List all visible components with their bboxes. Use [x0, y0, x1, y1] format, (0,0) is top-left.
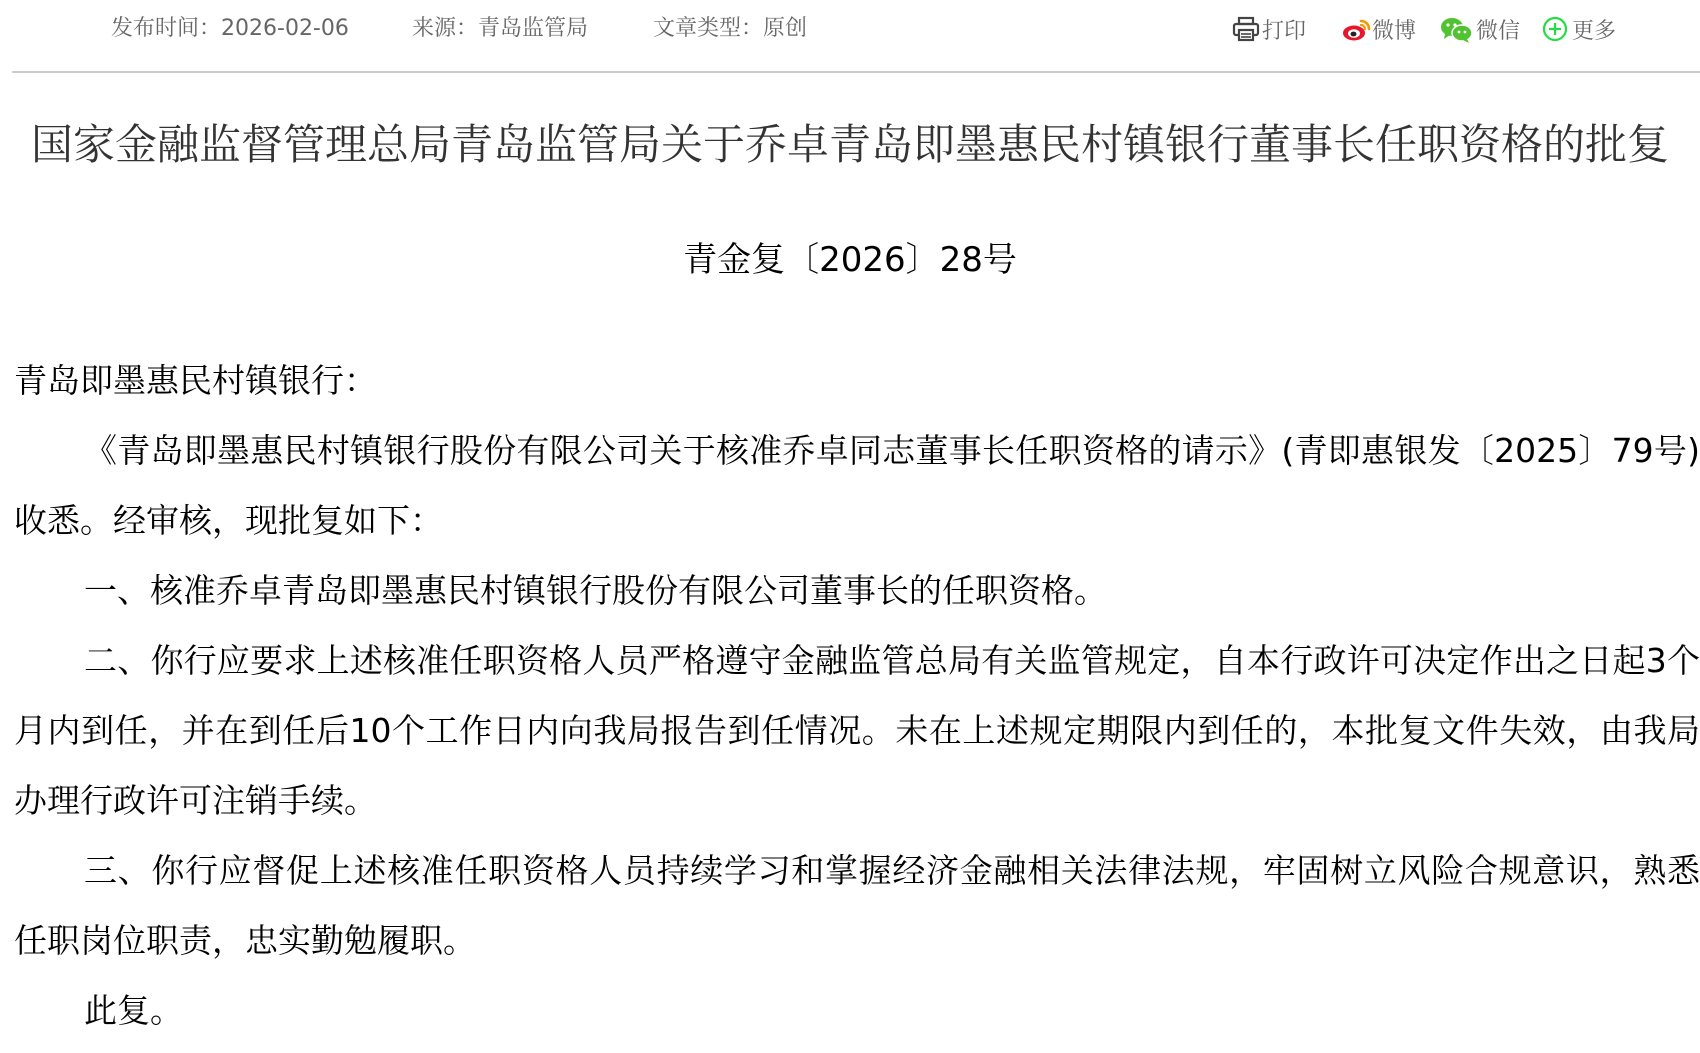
- type-value: 原创: [763, 16, 807, 41]
- publish-date: 发布时间：2026-02-06: [111, 14, 349, 44]
- wechat-share-button[interactable]: 微信: [1440, 14, 1520, 44]
- weibo-icon: [1342, 16, 1370, 42]
- closing-remark: 此复。: [14, 976, 1700, 1046]
- paragraph-request-ack: 《青岛即墨惠民村镇银行股份有限公司关于核准乔卓同志董事长任职资格的请示》(青即惠…: [14, 416, 1700, 556]
- printer-icon: [1232, 16, 1260, 42]
- print-label: 打印: [1262, 14, 1306, 45]
- paragraph-item-3: 三、你行应督促上述核准任职资格人员持续学习和掌握经济金融相关法律法规，牢固树立风…: [14, 836, 1700, 976]
- publish-date-value: 2026-02-06: [221, 16, 349, 41]
- article-meta-bar: 发布时间：2026-02-06 来源：青岛监管局 文章类型：原创 打印 微博: [12, 0, 1700, 73]
- document-title: 国家金融监督管理总局青岛监管局关于乔卓青岛即墨惠民村镇银行董事长任职资格的批复: [0, 116, 1700, 174]
- addressee: 青岛即墨惠民村镇银行：: [14, 346, 1700, 416]
- paragraph-item-2: 二、你行应要求上述核准任职资格人员严格遵守金融监管总局有关监管规定，自本行政许可…: [14, 626, 1700, 836]
- source-label: 来源：: [412, 16, 478, 41]
- more-share-button[interactable]: 更多: [1542, 14, 1616, 44]
- weibo-share-button[interactable]: 微博: [1342, 14, 1416, 44]
- more-label: 更多: [1572, 14, 1616, 45]
- source-value: 青岛监管局: [478, 16, 588, 41]
- weibo-label: 微博: [1372, 14, 1416, 45]
- publish-date-label: 发布时间：: [111, 16, 221, 41]
- paragraph-item-1: 一、核准乔卓青岛即墨惠民村镇银行股份有限公司董事长的任职资格。: [14, 556, 1700, 626]
- print-button[interactable]: 打印: [1232, 14, 1306, 44]
- type-label: 文章类型：: [653, 16, 763, 41]
- document-number: 青金复〔2026〕28号: [0, 236, 1700, 284]
- wechat-label: 微信: [1476, 14, 1520, 45]
- document-body: 青岛即墨惠民村镇银行： 《青岛即墨惠民村镇银行股份有限公司关于核准乔卓同志董事长…: [14, 346, 1700, 1046]
- wechat-icon: [1440, 16, 1474, 42]
- plus-circle-icon: [1542, 16, 1570, 42]
- article-source: 来源：青岛监管局: [412, 14, 588, 44]
- article-type: 文章类型：原创: [653, 14, 807, 44]
